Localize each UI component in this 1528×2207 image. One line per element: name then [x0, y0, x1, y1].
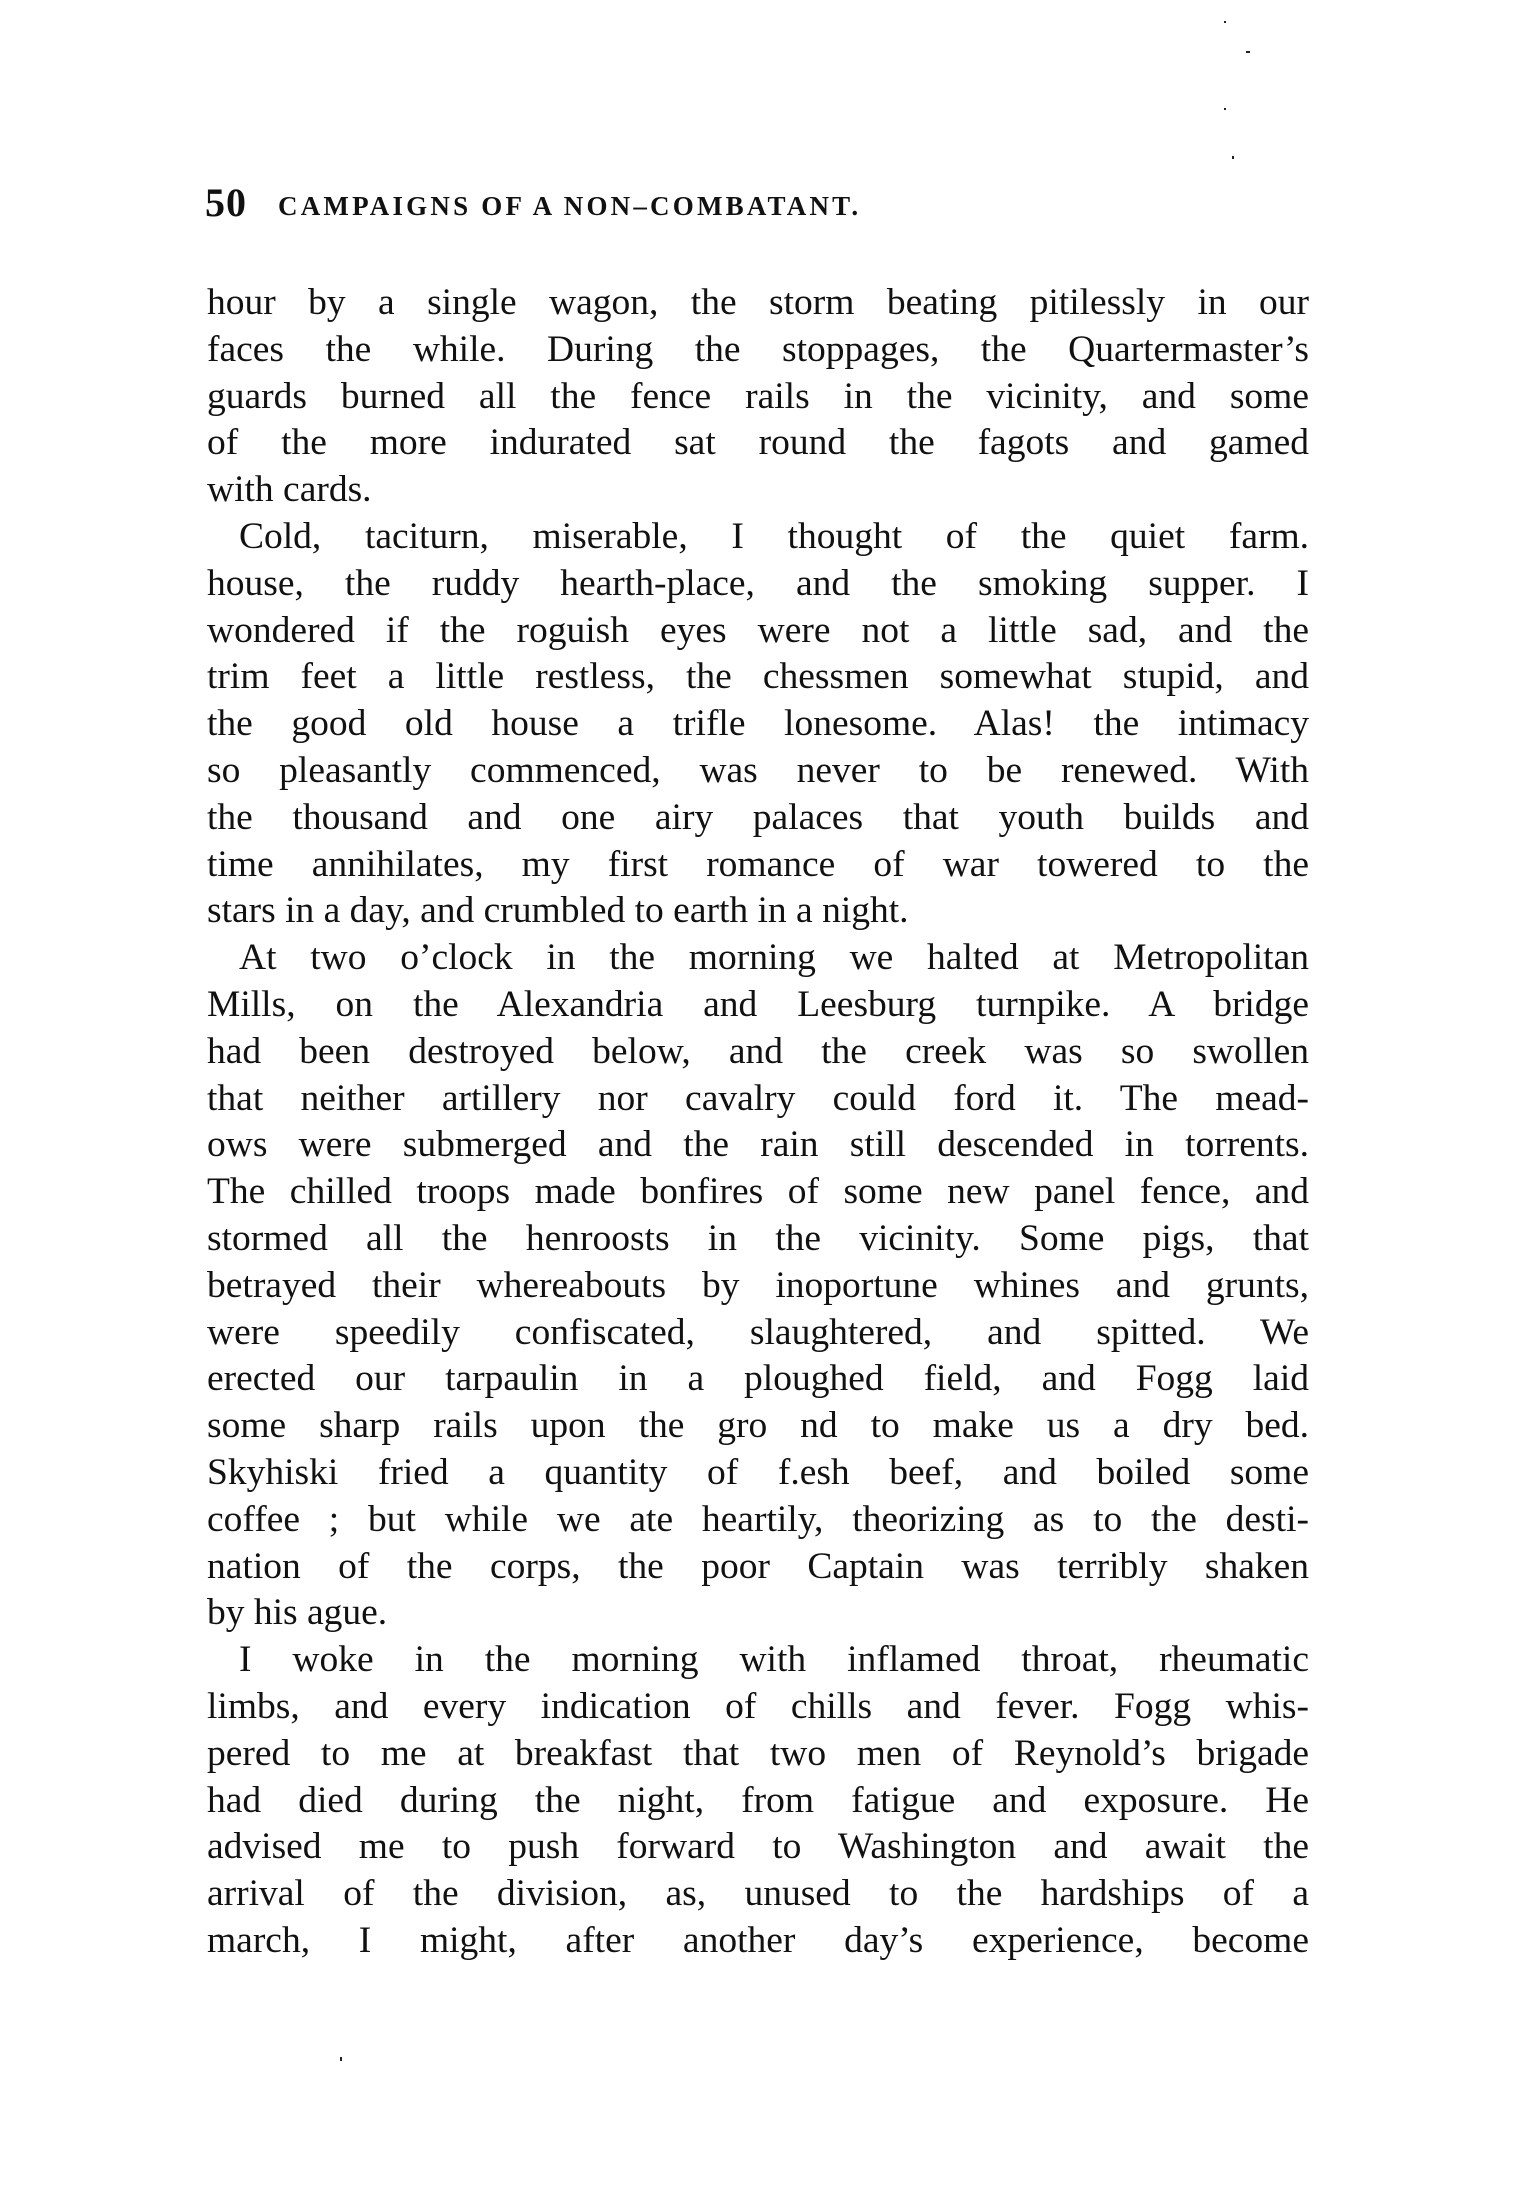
text-line: were speedily confiscated, slaughtered, …: [207, 1310, 1309, 1357]
text-line: guards burned all the fence rails in the…: [207, 374, 1309, 421]
text-line: arrival of the division, as, unused to t…: [207, 1871, 1309, 1918]
scan-speck: [1224, 21, 1226, 23]
text-line: The chilled troops made bonfires of some…: [207, 1169, 1309, 1216]
paragraph-start-line: Cold, taciturn, miserable, I thought of …: [207, 514, 1309, 561]
text-line: house, the ruddy hearth-place, and the s…: [207, 561, 1309, 608]
scan-speck: [1224, 108, 1226, 110]
text-line: wondered if the roguish eyes were not a …: [207, 608, 1309, 655]
text-line: of the more indurated sat round the fago…: [207, 420, 1309, 467]
text-line: limbs, and every indication of chills an…: [207, 1684, 1309, 1731]
text-line: time annihilates, my first romance of wa…: [207, 842, 1309, 889]
page-number: 50: [205, 178, 247, 228]
text-line: had died during the night, from fatigue …: [207, 1778, 1309, 1825]
text-line: pered to me at breakfast that two men of…: [207, 1731, 1309, 1778]
running-head: 50 CAMPAIGNS OF A NON–COMBATANT.: [205, 178, 1310, 228]
text-line: stars in a day, and crumbled to earth in…: [207, 888, 1309, 935]
text-line: trim feet a little restless, the chessme…: [207, 654, 1309, 701]
scan-speck: [340, 2057, 342, 2061]
scan-speck: [1232, 156, 1234, 159]
text-line: so pleasantly commenced, was never to be…: [207, 748, 1309, 795]
text-line: advised me to push forward to Washington…: [207, 1824, 1309, 1871]
text-line: nation of the corps, the poor Captain wa…: [207, 1544, 1309, 1591]
text-line: had been destroyed below, and the creek …: [207, 1029, 1309, 1076]
text-line: the thousand and one airy palaces that y…: [207, 795, 1309, 842]
text-line: ows were submerged and the rain still de…: [207, 1122, 1309, 1169]
text-line: march, I might, after another day’s expe…: [207, 1918, 1309, 1965]
paragraph-start-line: I woke in the morning with inflamed thro…: [207, 1637, 1309, 1684]
text-line: with cards.: [207, 467, 1309, 514]
text-line: by his ague.: [207, 1590, 1309, 1637]
book-page: 50 CAMPAIGNS OF A NON–COMBATANT. hour by…: [0, 0, 1528, 2207]
text-line: hour by a single wagon, the storm beatin…: [207, 280, 1309, 327]
running-title: CAMPAIGNS OF A NON–COMBATANT.: [278, 186, 861, 226]
paragraph-start-line: At two o’clock in the morning we halted …: [207, 935, 1309, 982]
body-text: hour by a single wagon, the storm beatin…: [207, 280, 1309, 1965]
text-line: erected our tarpaulin in a ploughed fiel…: [207, 1356, 1309, 1403]
text-line: Mills, on the Alexandria and Leesburg tu…: [207, 982, 1309, 1029]
text-line: Skyhiski fried a quantity of f.esh beef,…: [207, 1450, 1309, 1497]
text-line: some sharp rails upon the gro nd to make…: [207, 1403, 1309, 1450]
scan-speck: [1246, 51, 1250, 53]
text-line: coffee ; but while we ate heartily, theo…: [207, 1497, 1309, 1544]
text-line: stormed all the henroosts in the vicinit…: [207, 1216, 1309, 1263]
text-line: that neither artillery nor cavalry could…: [207, 1076, 1309, 1123]
text-line: the good old house a trifle lonesome. Al…: [207, 701, 1309, 748]
text-line: faces the while. During the stoppages, t…: [207, 327, 1309, 374]
text-line: betrayed their whereabouts by inoportune…: [207, 1263, 1309, 1310]
